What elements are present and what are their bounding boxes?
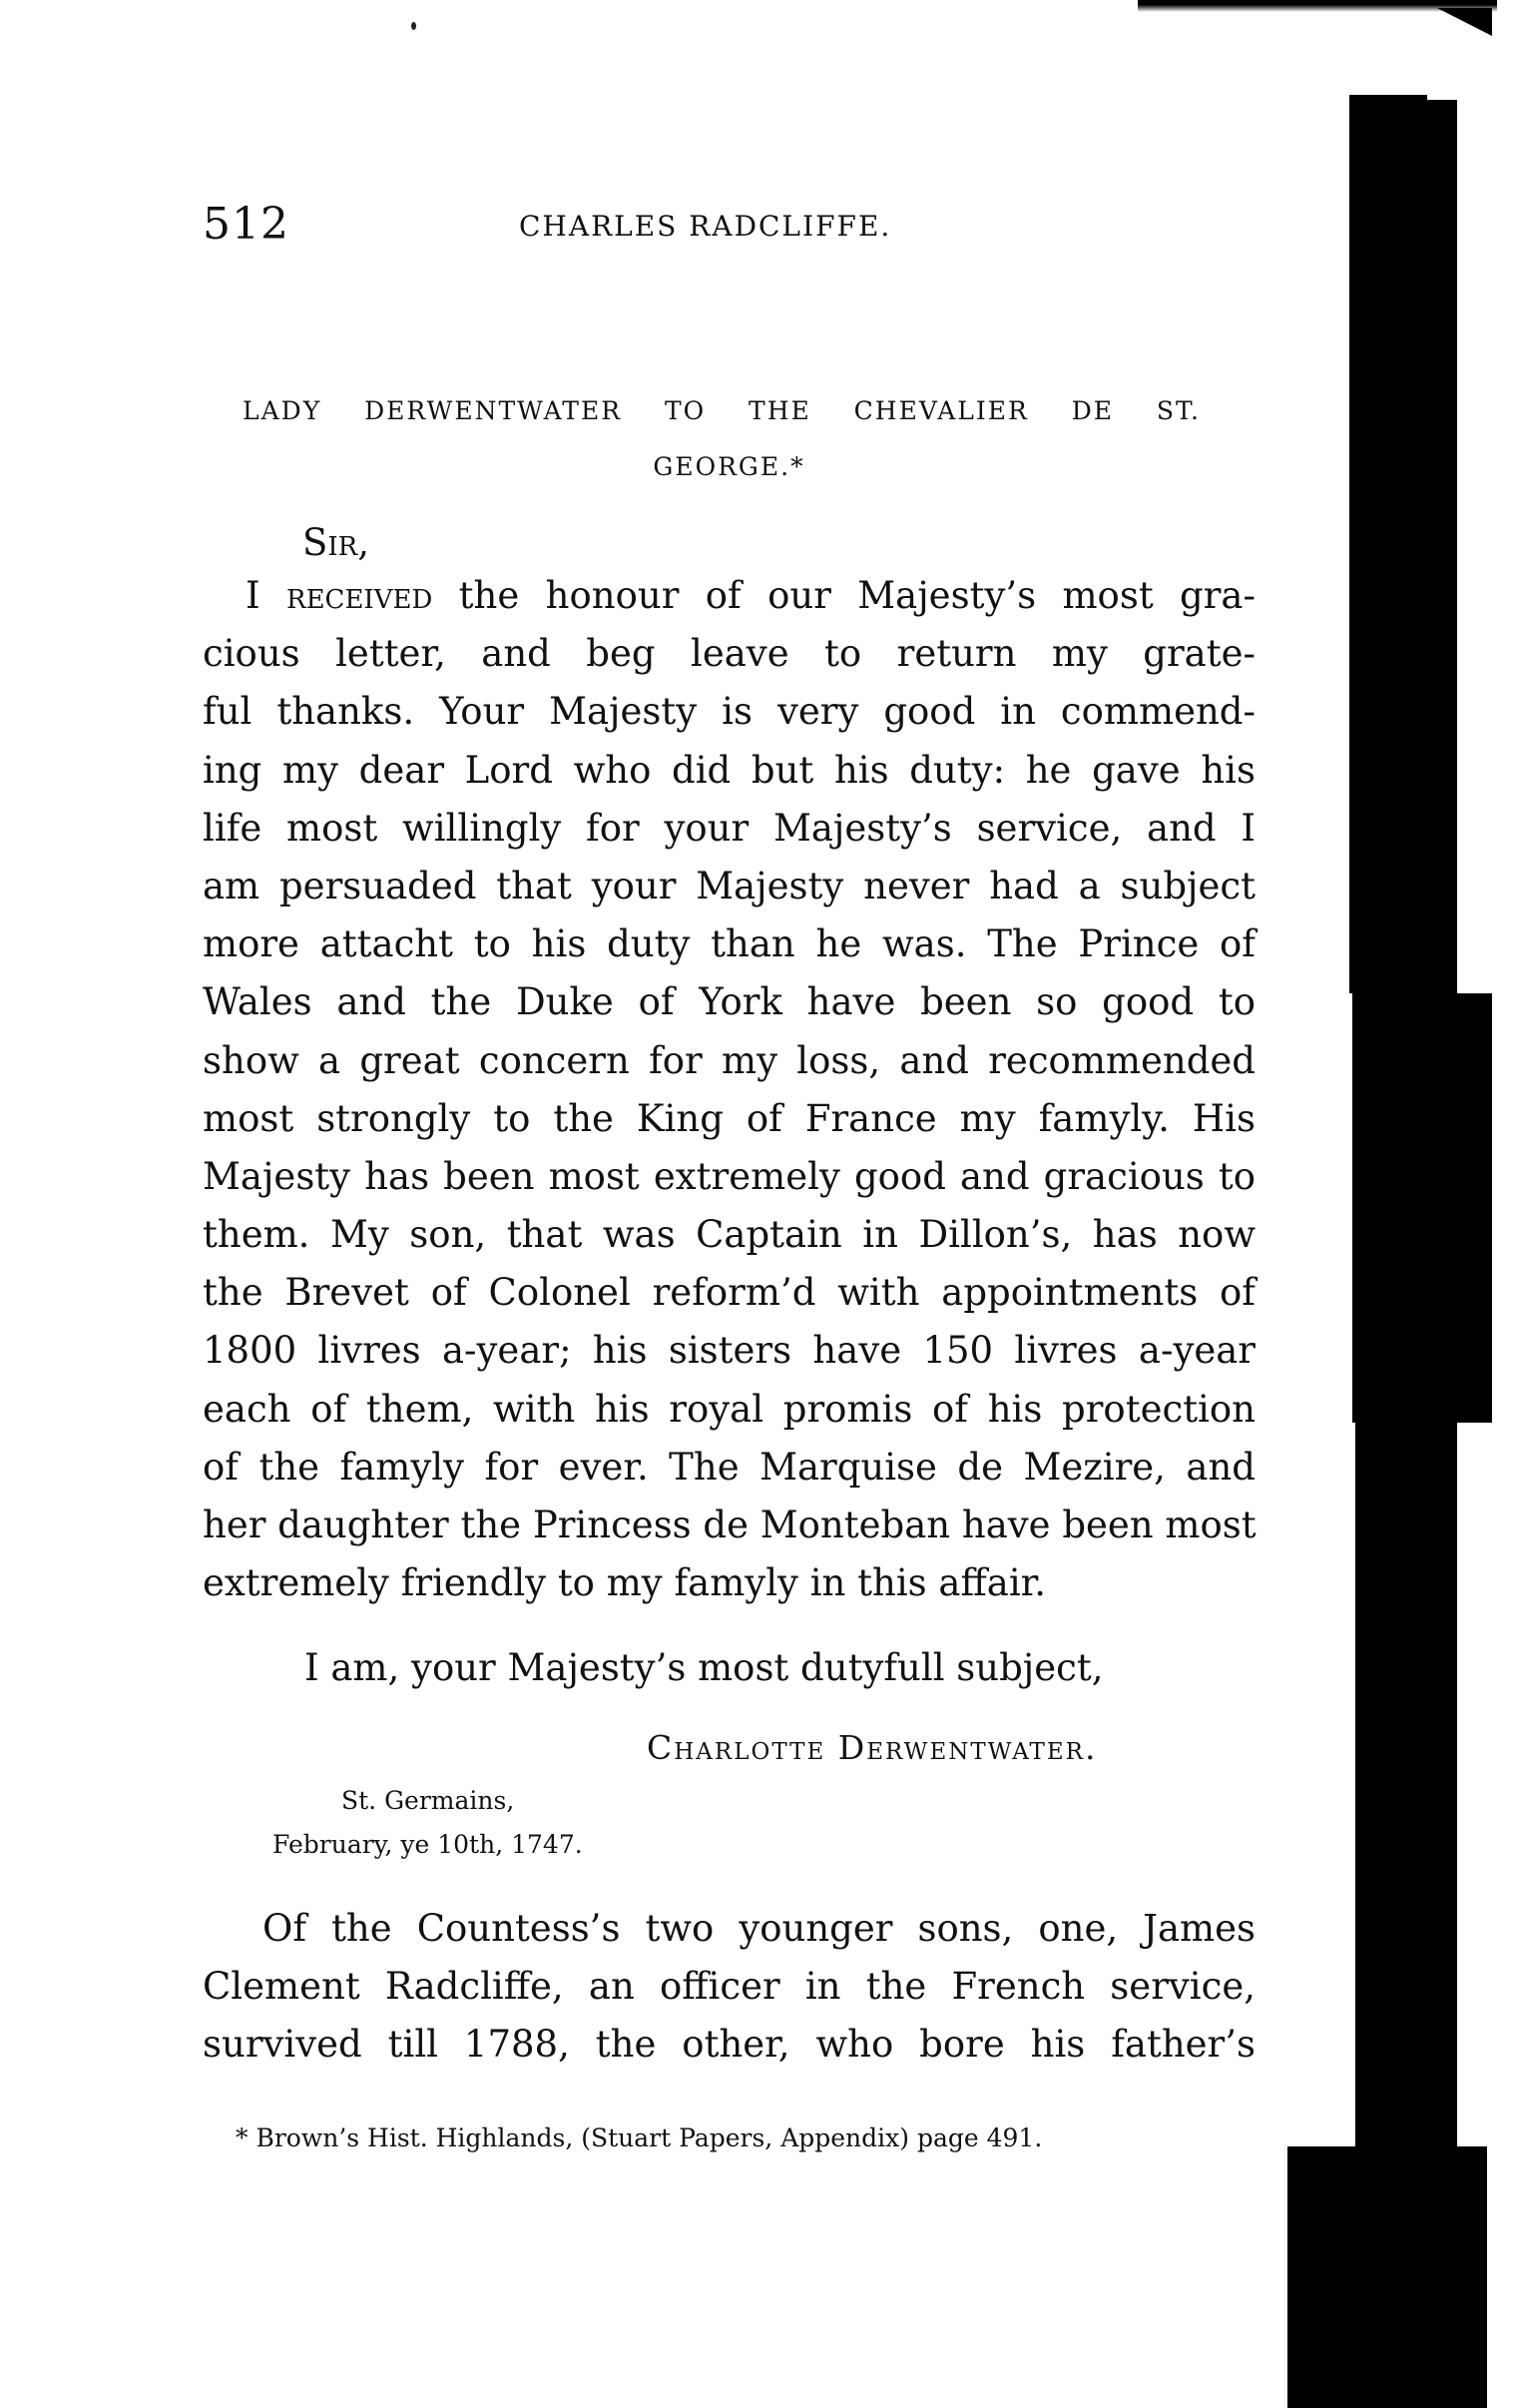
letter-body-line: the Brevet of Colonel reform’d with appo… [203, 1264, 1256, 1322]
narrative-line: Of the Countess’s two younger sons, one,… [203, 1900, 1256, 1958]
letter-body-line: 1800 livres a-year; his sisters have 150… [203, 1322, 1256, 1380]
scan-binding-shadow [1287, 2146, 1487, 2408]
page-number: 512 [203, 200, 289, 250]
scan-binding-shadow [1352, 993, 1492, 1423]
narrative-paragraph: Of the Countess’s two younger sons, one,… [203, 1900, 1256, 2075]
letter-body-line: ing my dear Lord who did but his duty: h… [203, 742, 1256, 800]
scan-binding-shadow [1349, 95, 1427, 993]
narrative-line: survived till 1788, the other, who bore … [203, 2016, 1256, 2074]
letter-place: St. Germains, [341, 1783, 514, 1819]
letter-closing: I am, your Majesty’s most dutyfull subje… [304, 1639, 1104, 1697]
letter-body-line: cious letter, and beg leave to return my… [203, 625, 1256, 683]
letter-body-line: most strongly to the King of France my f… [203, 1090, 1256, 1148]
narrative-line: Clement Radcliffe, an officer in the Fre… [203, 1958, 1256, 2016]
letter-body-line: of the famyly for ever. The Marquise de … [203, 1439, 1256, 1497]
letter-body-line: Wales and the Duke of York have been so … [203, 973, 1256, 1031]
letter-body-line: ful thanks. Your Majesty is very good in… [203, 683, 1256, 741]
letter-body-line: them. My son, that was Captain in Dillon… [203, 1206, 1256, 1264]
letter-body-line: I received the honour of our Majesty’s m… [203, 567, 1256, 625]
letter-date: February, ye 10th, 1747. [272, 1827, 583, 1863]
footnote: * Brown’s Hist. Highlands, (Stuart Paper… [236, 2120, 1042, 2156]
letter-title-line-1: LADY DERWENTWATER TO THE CHEVALIER DE ST… [243, 391, 1201, 431]
letter-body-line: each of them, with his royal promis of h… [203, 1381, 1256, 1439]
scan-speck [411, 22, 416, 30]
letter-body-line: extremely friendly to my famyly in this … [203, 1554, 1256, 1612]
letter-body-line: show a great concern for my loss, and re… [203, 1032, 1256, 1090]
letter-title-line-2: GEORGE.* [203, 447, 1256, 487]
letter-body-line: Majesty has been most extremely good and… [203, 1148, 1256, 1206]
letter-body-line: more attacht to his duty than he was. Th… [203, 915, 1256, 973]
scan-binding-shadow [1355, 1423, 1455, 2161]
opening-initial: I [246, 574, 260, 617]
letter-body-line: am persuaded that your Majesty never had… [203, 858, 1256, 915]
running-head: CHARLES RADCLIFFE. [519, 207, 891, 247]
letter-body-line: life most willingly for your Majesty’s s… [203, 800, 1256, 858]
letter-body: I received the honour of our Majesty’s m… [203, 567, 1256, 1612]
letter-signature: Charlotte Derwentwater. [647, 1725, 1098, 1771]
letter-salutation: Sir, [302, 517, 369, 569]
scan-edge-top-tip [1437, 8, 1492, 36]
letter-body-line: her daughter the Princess de Monteban ha… [203, 1497, 1256, 1554]
opening-small-caps: received [286, 574, 432, 617]
